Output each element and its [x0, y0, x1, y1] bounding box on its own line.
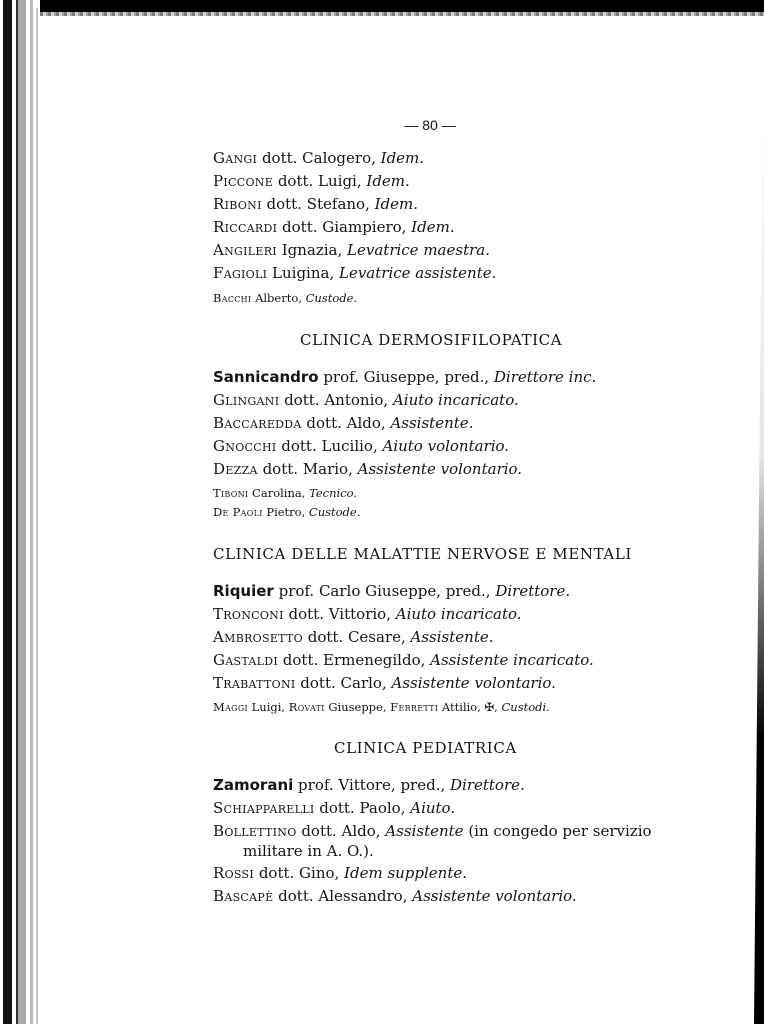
staff-entry: Gnocchi dott. Lucilio, Aiuto volontario.	[213, 437, 509, 455]
details: dott. Antonio,	[279, 391, 393, 409]
details: dott. Gino,	[254, 864, 344, 882]
staff-entry-continuation: militare in A. O.).	[243, 842, 374, 860]
staff-entry: Trabattoni dott. Carlo, Assistente volon…	[213, 674, 556, 692]
role: Idem.	[366, 172, 409, 190]
staff-entry: Bollettino dott. Aldo, Assistente (in co…	[213, 822, 652, 840]
role: Tecnico.	[309, 486, 357, 500]
surname: Trabattoni	[213, 674, 296, 692]
details: dott. Ermenegildo,	[278, 651, 430, 669]
staff-entry: Dezza dott. Mario, Assistente volontario…	[213, 460, 522, 478]
role: Direttore inc.	[494, 368, 596, 386]
surname: Angileri	[213, 241, 277, 259]
role: Custode.	[309, 505, 360, 519]
surname: Rossi	[213, 864, 254, 882]
details: prof. Vittore, pred.,	[293, 776, 450, 794]
details: dott. Calogero,	[257, 149, 380, 167]
surname: Sannicandro	[213, 368, 319, 386]
details: dott. Stefano,	[262, 195, 375, 213]
details: dott. Luigi,	[273, 172, 366, 190]
staff-entry: Schiapparelli dott. Paolo, Aiuto.	[213, 799, 455, 817]
staff-entry: Tiboni Carolina, Tecnico.	[213, 484, 357, 502]
staff-entry: Angileri Ignazia, Levatrice maestra.	[213, 241, 490, 259]
details: dott. Aldo,	[302, 414, 391, 432]
details: Carolina,	[248, 486, 309, 500]
section-heading: CLINICA PEDIATRICA	[334, 739, 517, 757]
surname: Dezza	[213, 460, 258, 478]
details: Luigi,	[248, 700, 289, 714]
surname: Gastaldi	[213, 651, 278, 669]
role: Direttore.	[450, 776, 525, 794]
role: Assistente.	[411, 628, 494, 646]
details: dott. Lucilio,	[277, 437, 383, 455]
role: Assistente	[385, 822, 463, 840]
surname: Baccaredda	[213, 414, 302, 432]
staff-entry: Tronconi dott. Vittorio, Aiuto incaricat…	[213, 605, 522, 623]
details: Alberto,	[251, 291, 305, 305]
role: Direttore.	[495, 582, 570, 600]
role: Aiuto.	[410, 799, 455, 817]
role: Levatrice maestra.	[347, 241, 490, 259]
surname: Fagioli	[213, 264, 267, 282]
staff-entry: Baccaredda dott. Aldo, Assistente.	[213, 414, 473, 432]
details: dott. Paolo,	[314, 799, 410, 817]
staff-entry: De Paoli Pietro, Custode.	[213, 503, 360, 521]
details: Giuseppe,	[325, 700, 390, 714]
surname: Riboni	[213, 195, 262, 213]
document-page: — 80 — Gangi dott. Calogero, Idem. Picco…	[0, 0, 764, 1024]
details: dott. Aldo,	[297, 822, 386, 840]
details: dott. Carlo,	[296, 674, 392, 692]
note: (in congedo per servizio	[464, 822, 652, 840]
role: Assistente volontario.	[412, 887, 576, 905]
surname: Riccardi	[213, 218, 277, 236]
staff-entry: Bacchi Alberto, Custode.	[213, 289, 357, 307]
staff-entry: Riboni dott. Stefano, Idem.	[213, 195, 418, 213]
surname: Riquier	[213, 582, 274, 600]
role: Idem.	[375, 195, 418, 213]
staff-entry: Riccardi dott. Giampiero, Idem.	[213, 218, 455, 236]
staff-entry: Rossi dott. Gino, Idem supplente.	[213, 864, 467, 882]
details: dott. Mario,	[258, 460, 358, 478]
surname: Bacchi	[213, 291, 251, 305]
role: Idem.	[411, 218, 454, 236]
details: dott. Giampiero,	[277, 218, 411, 236]
surname: Glingani	[213, 391, 279, 409]
surname: Zamorani	[213, 776, 293, 794]
surname: Bascapè	[213, 887, 273, 905]
surname: Piccone	[213, 172, 273, 190]
staff-entry: Ambrosetto dott. Cesare, Assistente.	[213, 628, 494, 646]
staff-entry: Gastaldi dott. Ermenegildo, Assistente i…	[213, 651, 594, 669]
role: Assistente.	[390, 414, 473, 432]
details: Ignazia,	[277, 241, 347, 259]
details: Pietro,	[263, 505, 309, 519]
staff-entry: Piccone dott. Luigi, Idem.	[213, 172, 410, 190]
role: Assistente volontario.	[358, 460, 522, 478]
details: Attilio, ✠,	[438, 700, 501, 714]
surname: Rovati	[289, 700, 325, 714]
surname: Maggi	[213, 700, 248, 714]
details: dott. Alessandro,	[273, 887, 412, 905]
details: prof. Giuseppe, pred.,	[319, 368, 494, 386]
staff-entry: Riquier prof. Carlo Giuseppe, pred., Dir…	[213, 582, 570, 600]
section-heading: CLINICA DELLE MALATTIE NERVOSE E MENTALI	[213, 545, 632, 563]
surname: De Paoli	[213, 505, 263, 519]
details: dott. Cesare,	[303, 628, 411, 646]
staff-entry: Zamorani prof. Vittore, pred., Direttore…	[213, 776, 525, 794]
staff-entry: Sannicandro prof. Giuseppe, pred., Diret…	[213, 368, 596, 386]
staff-entry: Gangi dott. Calogero, Idem.	[213, 149, 424, 167]
staff-entry: Fagioli Luigina, Levatrice assistente.	[213, 264, 496, 282]
details: prof. Carlo Giuseppe, pred.,	[274, 582, 496, 600]
surname: Schiapparelli	[213, 799, 314, 817]
role: Assistente volontario.	[391, 674, 555, 692]
role: Idem supplente.	[344, 864, 467, 882]
role: Aiuto volontario.	[382, 437, 509, 455]
details: Luigina,	[267, 264, 339, 282]
surname: Ambrosetto	[213, 628, 303, 646]
staff-entry: Glingani dott. Antonio, Aiuto incaricato…	[213, 391, 519, 409]
section-heading: CLINICA DERMOSIFILOPATICA	[300, 331, 562, 349]
role: Aiuto incaricato.	[393, 391, 519, 409]
details: dott. Vittorio,	[284, 605, 396, 623]
surname: Tronconi	[213, 605, 284, 623]
surname: Gnocchi	[213, 437, 277, 455]
page-number: — 80 —	[0, 117, 764, 133]
role: Assistente incaricato.	[430, 651, 594, 669]
role: Aiuto incaricato.	[396, 605, 522, 623]
custodi-entry: Maggi Luigi, Rovati Giuseppe, Ferretti A…	[213, 698, 550, 716]
role: Levatrice assistente.	[339, 264, 496, 282]
role: Custodi.	[501, 700, 549, 714]
surname: Gangi	[213, 149, 257, 167]
surname: Bollettino	[213, 822, 297, 840]
role: Idem.	[381, 149, 424, 167]
role: Custode.	[306, 291, 357, 305]
surname: Tiboni	[213, 486, 248, 500]
staff-entry: Bascapè dott. Alessandro, Assistente vol…	[213, 887, 577, 905]
surname: Ferretti	[390, 700, 438, 714]
